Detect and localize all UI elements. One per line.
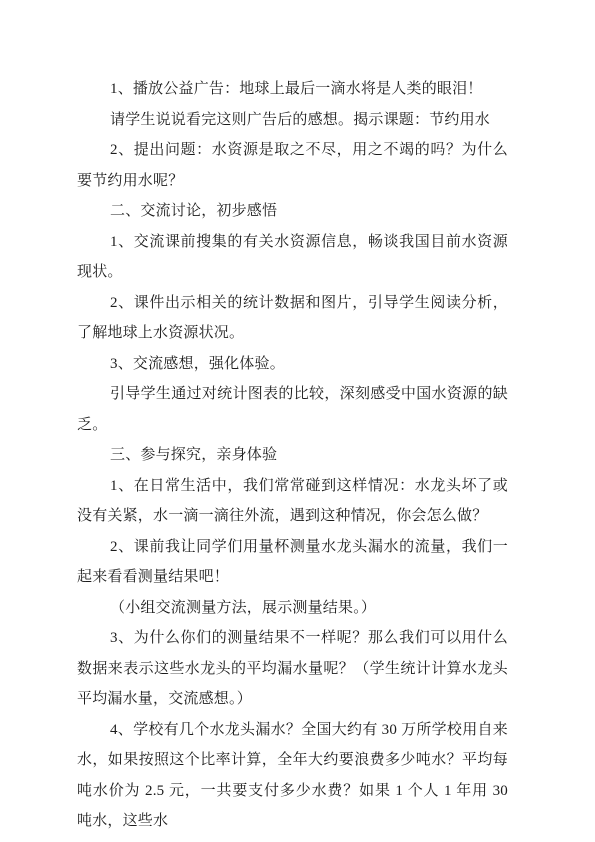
paragraph: 2、课前我让同学们用量杯测量水龙头漏水的流量，我们一起来看看测量结果吧！ <box>77 532 508 593</box>
paragraph: 3、为什么你们的测量结果不一样呢？那么我们可以用什么数据来表示这些水龙头的平均漏… <box>77 623 508 715</box>
paragraph: 二、交流讨论，初步感悟 <box>77 196 508 227</box>
paragraph: 3、交流感想，强化体验。 <box>77 349 508 380</box>
paragraph: 请学生说说看完这则广告后的感想。揭示课题：节约用水 <box>77 105 508 136</box>
paragraph: 1、交流课前搜集的有关水资源信息，畅谈我国目前水资源现状。 <box>77 227 508 288</box>
paragraph: 4、学校有几个水龙头漏水？全国大约有 30 万所学校用自来水，如果按照这个比率计… <box>77 715 508 837</box>
paragraph: 引导学生通过对统计图表的比较，深刻感受中国水资源的缺乏。 <box>77 379 508 440</box>
paragraph: （小组交流测量方法，展示测量结果。） <box>77 593 508 624</box>
document-page: 1、播放公益广告：地球上最后一滴水将是人类的眼泪！请学生说说看完这则广告后的感想… <box>0 0 595 842</box>
paragraph: 2、课件出示相关的统计数据和图片，引导学生阅读分析，了解地球上水资源状况。 <box>77 288 508 349</box>
paragraph: 2、提出问题：水资源是取之不尽，用之不竭的吗？为什么要节约用水呢？ <box>77 135 508 196</box>
paragraph: 1、在日常生活中，我们常常碰到这样情况：水龙头坏了或没有关紧，水一滴一滴往外流，… <box>77 471 508 532</box>
document-body: 1、播放公益广告：地球上最后一滴水将是人类的眼泪！请学生说说看完这则广告后的感想… <box>77 74 508 837</box>
paragraph: 三、参与探究，亲身体验 <box>77 440 508 471</box>
paragraph: 1、播放公益广告：地球上最后一滴水将是人类的眼泪！ <box>77 74 508 105</box>
